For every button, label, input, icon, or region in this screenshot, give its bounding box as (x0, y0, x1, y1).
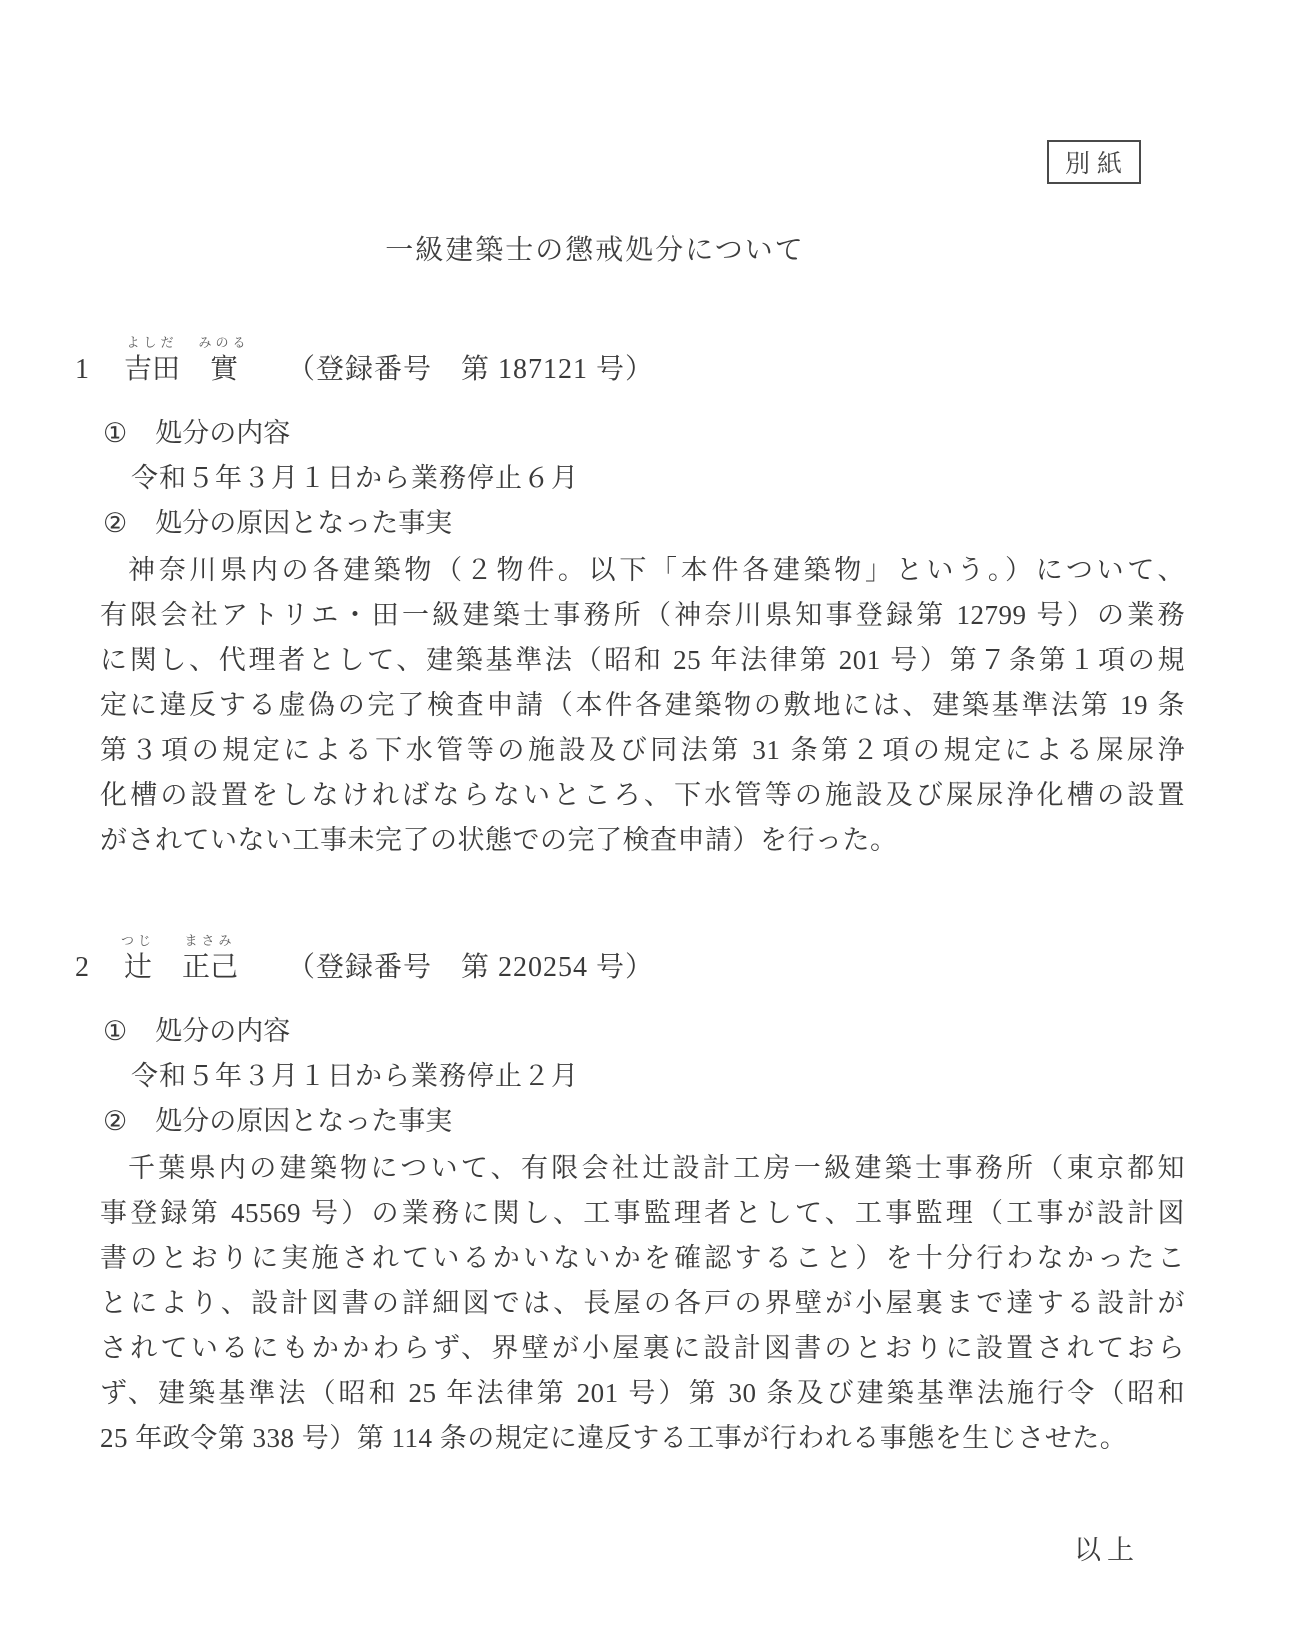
circled-one-marker: ① (103, 411, 127, 456)
item-1-heading: 処分の内容 (155, 418, 290, 448)
registration-number-2: （登録番号 第 220254 号） (287, 945, 654, 985)
section-2: 2 つじ辻まさみ正己 （登録番号 第 220254 号） ①処分の内容 令和５年… (75, 928, 1185, 1461)
fact-line: 事登録第 45569 号）の業務に関し、工事監理者として、工事監理（工事が設計図 (100, 1191, 1185, 1236)
section-2-name-row: 2 つじ辻まさみ正己 （登録番号 第 220254 号） (75, 928, 1185, 989)
section-2-item-2: ②処分の原因となった事実 (75, 1099, 1185, 1144)
penalty-text-1: 令和５年３月１日から業務停止６月 (75, 456, 1185, 501)
fact-line: 千葉県内の建築物について、有限会社辻設計工房一級建築士事務所（東京都知 (100, 1146, 1185, 1191)
registration-number-1: （登録番号 第 187121 号） (287, 347, 654, 387)
fact-line: 25 年政令第 338 号）第 114 条の規定に違反する工事が行われる事態を生… (100, 1416, 1185, 1461)
document-title: 一級建築士の懲戒処分について (0, 228, 1190, 268)
architect-name-2: つじ辻まさみ正己 (124, 945, 238, 985)
fact-line: 書のとおりに実施されているかいないかを確認すること）を十分行わなかったこ (100, 1236, 1185, 1281)
section-1-item-2: ②処分の原因となった事実 (75, 501, 1185, 546)
fact-line: がされていない工事未完了の状態での完了検査申請）を行った。 (100, 818, 1185, 863)
fact-line: に関し、代理者として、建築基準法（昭和 25 年法律第 201 号）第７条第１項… (100, 638, 1185, 683)
fact-line: 化槽の設置をしなければならないところ、下水管等の施設及びし屎尿浄化槽の設置 (100, 773, 1185, 818)
fact-line: されているにもかかわらず、界壁が小屋裏に設計図書のとおりに設置されておら (100, 1326, 1185, 1371)
document-page: 別紙 一級建築士の懲戒処分について 1 よしだ吉田みのる實 （登録番号 第 18… (0, 0, 1300, 1635)
circled-two-marker: ② (103, 1099, 127, 1144)
penalty-text-2: 令和５年３月１日から業務停止２月 (75, 1054, 1185, 1099)
fact-line: ず、建築基準法（昭和 25 年法律第 201 号）第 30 条及び建築基準法施行… (100, 1371, 1185, 1416)
fact-line: 有限会社アトリエ・田一級建築士事務所（神奈川県知事登録第 12799 号）の業務 (100, 593, 1185, 638)
fact-paragraph-2: 千葉県内の建築物について、有限会社辻設計工房一級建築士事務所（東京都知 事登録第… (75, 1146, 1185, 1461)
section-2-item-1: ①処分の内容 (75, 1009, 1185, 1054)
section-2-number: 2 (75, 952, 89, 984)
item-2-heading: 処分の原因となった事実 (155, 1106, 452, 1136)
section-1-item-1: ①処分の内容 (75, 411, 1185, 456)
circled-one-marker: ① (103, 1009, 127, 1054)
architect-name-1: よしだ吉田みのる實 (124, 347, 238, 387)
item-1-heading: 処分の内容 (155, 1016, 290, 1046)
closing-text: 以上 (75, 1528, 1185, 1567)
circled-two-marker: ② (103, 501, 127, 546)
section-1-number: 1 (75, 354, 89, 386)
section-1-name-row: 1 よしだ吉田みのる實 （登録番号 第 187121 号） (75, 330, 1185, 391)
section-1: 1 よしだ吉田みのる實 （登録番号 第 187121 号） ①処分の内容 令和５… (75, 330, 1185, 863)
fact-line: 第３項の規定による下水管等の施設及び同法第 31 条第２項の規定によるし屎尿浄 (100, 728, 1185, 773)
attachment-tag: 別紙 (1047, 140, 1141, 184)
fact-line: 定に違反する虚偽の完了検査申請（本件各建築物の敷地には、建築基準法第 19 条 (100, 683, 1185, 728)
fact-line: 神奈川県内の各建築物（２物件。以下「本件各建築物」という。）について、 (100, 548, 1185, 593)
fact-line: とにより、設計図書の詳細図では、長屋の各戸の界壁が小屋裏まで達する設計が (100, 1281, 1185, 1326)
fact-paragraph-1: 神奈川県内の各建築物（２物件。以下「本件各建築物」という。）について、 有限会社… (75, 548, 1185, 863)
item-2-heading: 処分の原因となった事実 (155, 508, 452, 538)
